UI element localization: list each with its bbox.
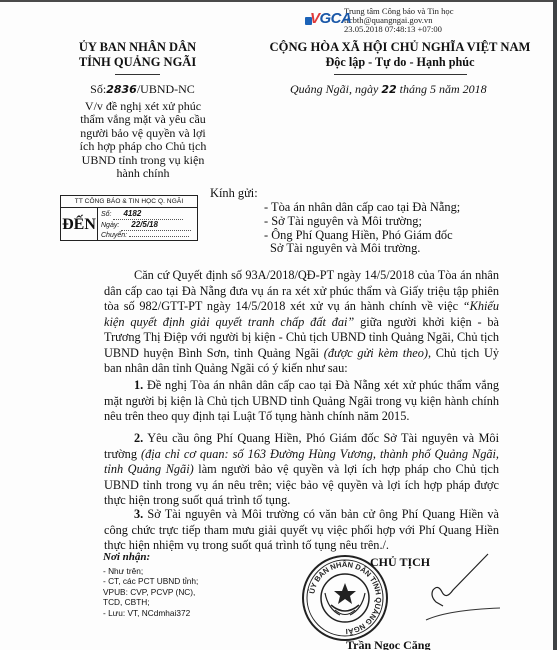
recipient-item: - Lưu: VT, NCdmhai372 <box>103 608 198 619</box>
recipients-title: Nơi nhận: <box>103 552 198 563</box>
handwritten-day: 22 <box>381 83 396 96</box>
signature-timestamp: 23.05.2018 07:48:13 +07:00 <box>344 25 454 34</box>
stamp-forward <box>129 236 189 237</box>
national-motto: Độc lập - Tự do - Hạnh phúc <box>250 55 550 70</box>
recipient-item: TCD, CBTH; <box>103 597 198 608</box>
document-number: Số:2836/UBND-NC <box>70 82 215 97</box>
authority-line-1: ỦY BAN NHÂN DÂN <box>60 40 215 55</box>
stamp-title: TT CÔNG BÁO & TIN HỌC Q. NGÃI <box>61 196 197 208</box>
stamp-number: 4182 <box>113 209 183 220</box>
recipient-item: - CT, các PCT UBND tỉnh; <box>103 576 198 587</box>
handwritten-signature-icon <box>388 550 503 625</box>
addressee-label: Kính gửi: <box>210 186 258 201</box>
document-subject: V/v đề nghị xét xử phúc thẩm vắng mặt và… <box>78 100 208 180</box>
recipient-item: VPUB: CVP, PCVP (NC), <box>103 587 198 598</box>
addressee-item: - Tòa án nhân dân cấp cao tại Đà Nẵng; <box>264 201 460 215</box>
authority-underline <box>115 74 160 75</box>
received-stamp: TT CÔNG BÁO & TIN HỌC Q. NGÃI ĐẾN Số: 41… <box>60 195 198 241</box>
recipients-block: Nơi nhận: - Như trên; - CT, các PCT UBND… <box>103 552 198 618</box>
addressee-list: - Tòa án nhân dân cấp cao tại Đà Nẵng; -… <box>264 201 460 256</box>
authority-line-2: TỈNH QUẢNG NGÃI <box>60 55 215 70</box>
addressee-item-continuation: Sở Tài nguyên và Môi trường. <box>264 242 460 256</box>
body-paragraph-4: 3. Sở Tài nguyên và Môi trường có văn bả… <box>104 507 499 554</box>
handwritten-number: 2836 <box>106 83 137 96</box>
national-header: CỘNG HÒA XÃ HỘI CHỦ NGHĨA VIỆT NAM Độc l… <box>250 40 550 75</box>
vgca-logo: VGCA <box>305 7 341 29</box>
stamp-label: ĐẾN <box>61 208 98 240</box>
place-date-line: Quảng Ngãi, ngày 22 tháng 5 năm 2018 <box>290 82 487 97</box>
body-paragraph-2: 1. Đề nghị Tòa án nhân dân cấp cao tại Đ… <box>104 378 499 425</box>
issuing-authority: ỦY BAN NHÂN DÂN TỈNH QUẢNG NGÃI <box>60 40 215 75</box>
recipient-item: - Như trên; <box>103 566 198 577</box>
document-page: VGCA Trung tâm Công báo và Tin học ttcbt… <box>0 2 553 650</box>
addressee-item: - Sở Tài nguyên và Môi trường; <box>264 215 460 229</box>
motto-underline <box>334 74 467 75</box>
window-right-border <box>553 0 557 650</box>
body-paragraph-1: Căn cứ Quyết định số 93A/2018/QĐ-PT ngày… <box>104 268 499 377</box>
digital-signature-block: VGCA Trung tâm Công báo và Tin học ttcbt… <box>305 7 454 34</box>
stamp-date: 22/5/18 <box>121 220 191 231</box>
signer-name: Trần Ngọc Căng <box>346 638 430 650</box>
body-paragraph-3: 2. Yêu cầu ông Phí Quang Hiền, Phó Giám … <box>104 431 499 509</box>
country-name: CỘNG HÒA XÃ HỘI CHỦ NGHĨA VIỆT NAM <box>250 40 550 55</box>
addressee-item: - Ông Phí Quang Hiền, Phó Giám đốc <box>264 229 460 243</box>
